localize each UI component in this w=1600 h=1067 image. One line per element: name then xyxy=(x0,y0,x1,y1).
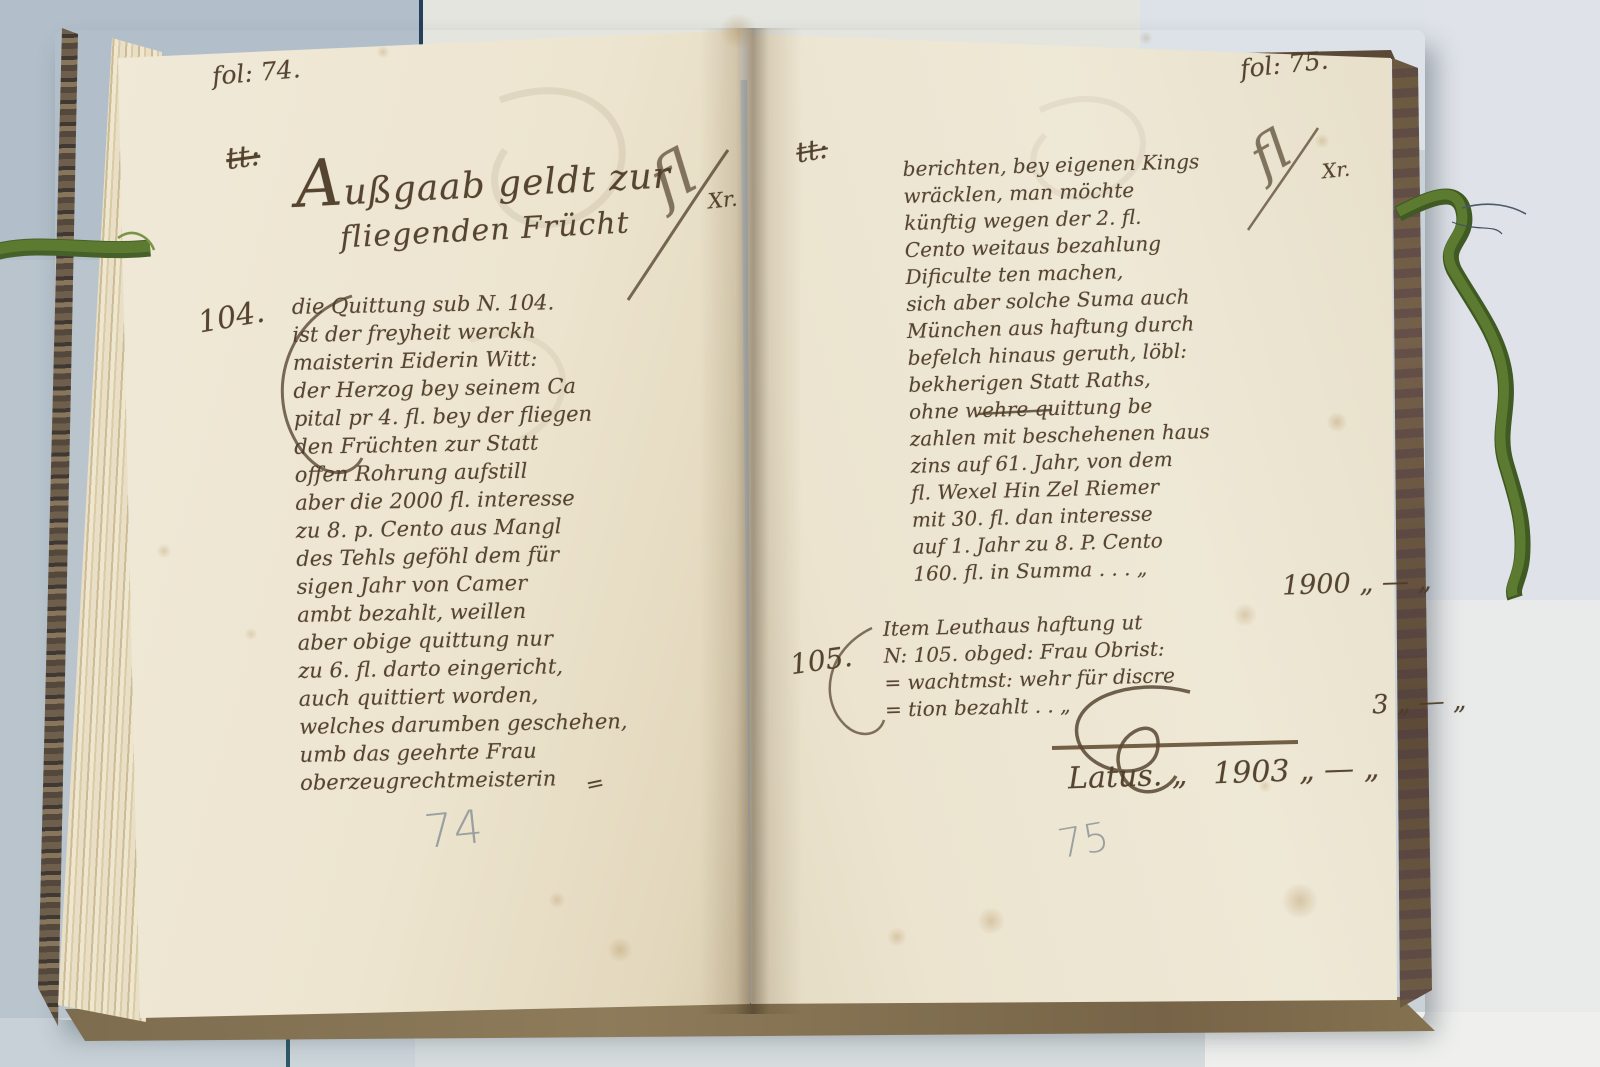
left-kreuzer-column-mark: Xr. xyxy=(707,187,739,214)
photo-of-manuscript-book: fol: 74. tt: Außgaab geldt zur fliegende… xyxy=(0,0,1600,1067)
left-body-line: oberzeugrechtmeisterin xyxy=(300,763,629,797)
latus-label: Latus. „ xyxy=(1067,757,1187,796)
right-body-text: berichten, bey eigenen Kings wräcklen, m… xyxy=(902,148,1213,588)
left-body-line: welches darumben geschehen, xyxy=(299,707,628,741)
table-panel-right-lower xyxy=(1425,600,1600,1067)
right-entry-105-text: Item Leuthaus haftung ut N: 105. obged: … xyxy=(883,608,1176,724)
right-summa-amount: 1900 „ — „ xyxy=(1282,565,1432,601)
left-margin-mark: tt: xyxy=(224,138,263,177)
left-heading: Außgaab geldt zur fliegenden Frücht xyxy=(293,128,674,258)
left-body-line: pital pr 4. fl. bey der fliegen xyxy=(294,399,623,433)
latus-amount: 1903 „ — „ xyxy=(1213,751,1380,792)
right-kreuzer-column-mark: Xr. xyxy=(1321,157,1351,184)
left-pencil-folio: 74 xyxy=(421,799,485,859)
gutter-shadow xyxy=(700,28,802,1014)
right-entry-105-amount: 3 „ — „ xyxy=(1371,686,1467,721)
left-body-line: aber die 2000 fl. interesse xyxy=(295,483,624,517)
left-body-text: die Quittung sub N. 104. ist der freyhei… xyxy=(292,287,629,797)
right-pencil-folio: 75 xyxy=(1054,814,1112,868)
right-margin-mark: tt: xyxy=(793,131,830,169)
